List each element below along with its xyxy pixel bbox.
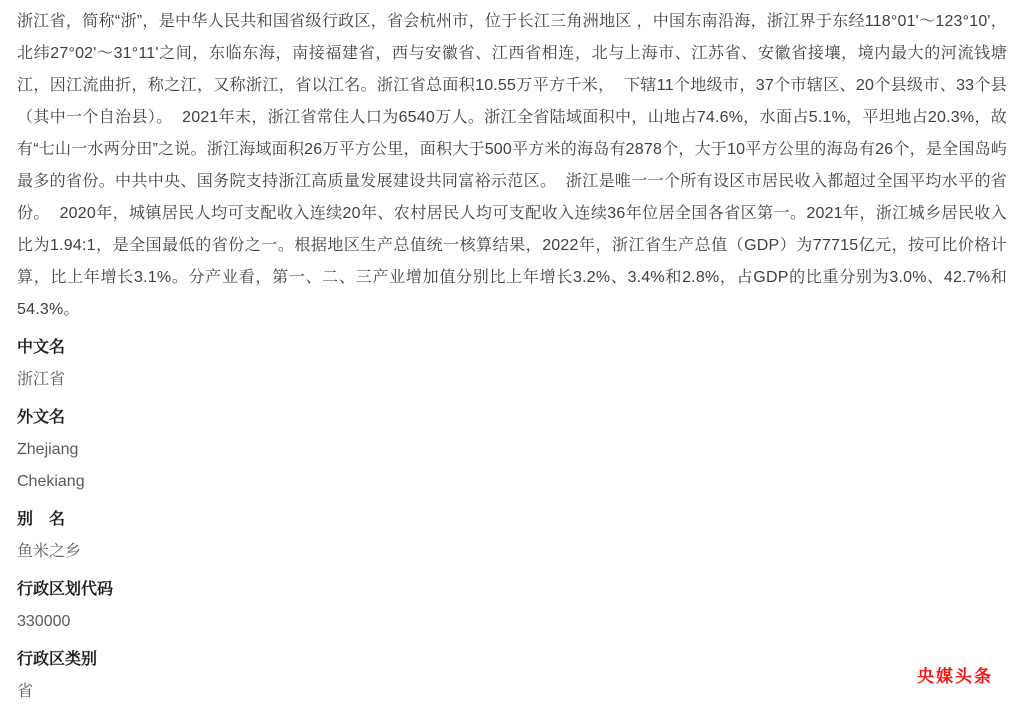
info-value-alias: 鱼米之乡 xyxy=(17,536,1007,568)
article-page: 浙江省，简称“浙”，是中华人民共和国省级行政区，省会杭州市，位于长江三角洲地区 … xyxy=(0,0,1024,708)
info-label-alias: 别 名 xyxy=(17,504,1007,536)
infobox: 中文名 浙江省 外文名 Zhejiang Chekiang 别 名 鱼米之乡 行… xyxy=(17,332,1007,708)
info-value-foreign-name-2: Chekiang xyxy=(17,466,1007,498)
info-value-admin-code: 330000 xyxy=(17,606,1007,638)
infobox-item-admin-code: 行政区划代码 330000 xyxy=(17,574,1007,638)
info-value-admin-type: 省 xyxy=(17,676,1007,708)
info-label-chinese-name: 中文名 xyxy=(17,332,1007,364)
infobox-item-foreign-name: 外文名 Zhejiang Chekiang xyxy=(17,402,1007,498)
info-label-foreign-name: 外文名 xyxy=(17,402,1007,434)
info-label-admin-type: 行政区类别 xyxy=(17,644,1007,676)
watermark-logo: 央媒头条 xyxy=(917,668,993,686)
infobox-item-admin-type: 行政区类别 省 xyxy=(17,644,1007,708)
infobox-item-alias: 别 名 鱼米之乡 xyxy=(17,504,1007,568)
info-value-foreign-name-1: Zhejiang xyxy=(17,434,1007,466)
infobox-item-chinese-name: 中文名 浙江省 xyxy=(17,332,1007,396)
info-label-admin-code: 行政区划代码 xyxy=(17,574,1007,606)
info-value-chinese-name: 浙江省 xyxy=(17,364,1007,396)
article-summary-paragraph: 浙江省，简称“浙”，是中华人民共和国省级行政区，省会杭州市，位于长江三角洲地区 … xyxy=(17,6,1007,326)
